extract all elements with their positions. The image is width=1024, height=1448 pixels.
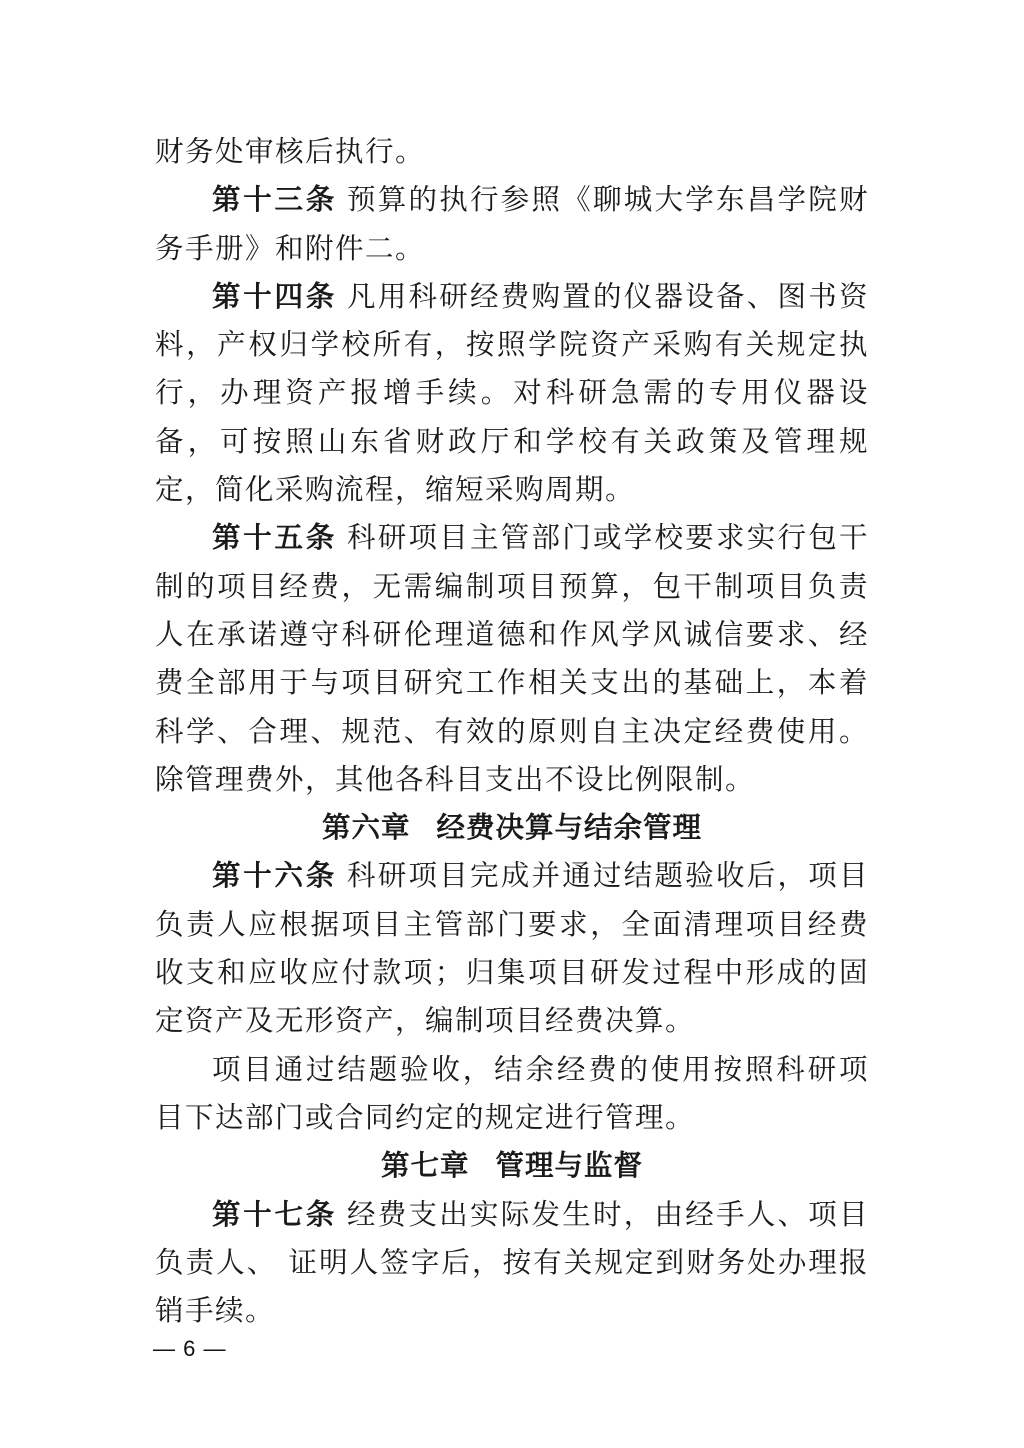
article-13: 第十三条预算的执行参照《聊城大学东昌学院财务手册》和附件二。 (155, 176, 869, 273)
page-number: — 6 — (153, 1336, 226, 1362)
article-label: 第十三条 (212, 183, 337, 216)
paragraph-text: 项目通过结题验收，结余经费的使用按照科研项目下达部门或合同约定的规定进行管理。 (155, 1053, 869, 1134)
chapter-number: 第七章 (381, 1149, 470, 1182)
article-label: 第十五条 (212, 521, 337, 554)
chapter-heading-6: 第六章经费决算与结余管理 (155, 804, 869, 852)
chapter-heading-7: 第七章管理与监督 (155, 1142, 869, 1190)
article-15: 第十五条科研项目主管部门或学校要求实行包干制的项目经费，无需编制项目预算，包干制… (155, 514, 869, 804)
paragraph-plain: 项目通过结题验收，结余经费的使用按照科研项目下达部门或合同约定的规定进行管理。 (155, 1046, 869, 1143)
article-text: 凡用科研经费购置的仪器设备、图书资料，产权归学校所有，按照学院资产采购有关规定执… (155, 280, 869, 506)
article-label: 第十六条 (212, 859, 337, 892)
article-16: 第十六条科研项目完成并通过结题验收后，项目负责人应根据项目主管部门要求，全面清理… (155, 852, 869, 1045)
document-page: 财务处审核后执行。 第十三条预算的执行参照《聊城大学东昌学院财务手册》和附件二。… (155, 128, 869, 1335)
chapter-number: 第六章 (322, 811, 411, 844)
chapter-title: 经费决算与结余管理 (437, 811, 703, 844)
paragraph-text: 财务处审核后执行。 (155, 135, 425, 168)
article-label: 第十四条 (212, 280, 337, 313)
article-14: 第十四条凡用科研经费购置的仪器设备、图书资料，产权归学校所有，按照学院资产采购有… (155, 273, 869, 514)
article-text: 科研项目主管部门或学校要求实行包干制的项目经费，无需编制项目预算，包干制项目负责… (155, 521, 869, 795)
article-label: 第十七条 (212, 1198, 337, 1231)
article-17: 第十七条经费支出实际发生时，由经手人、项目负责人、 证明人签字后，按有关规定到财… (155, 1191, 869, 1336)
chapter-title: 管理与监督 (496, 1149, 644, 1182)
paragraph-continuation: 财务处审核后执行。 (155, 128, 869, 176)
